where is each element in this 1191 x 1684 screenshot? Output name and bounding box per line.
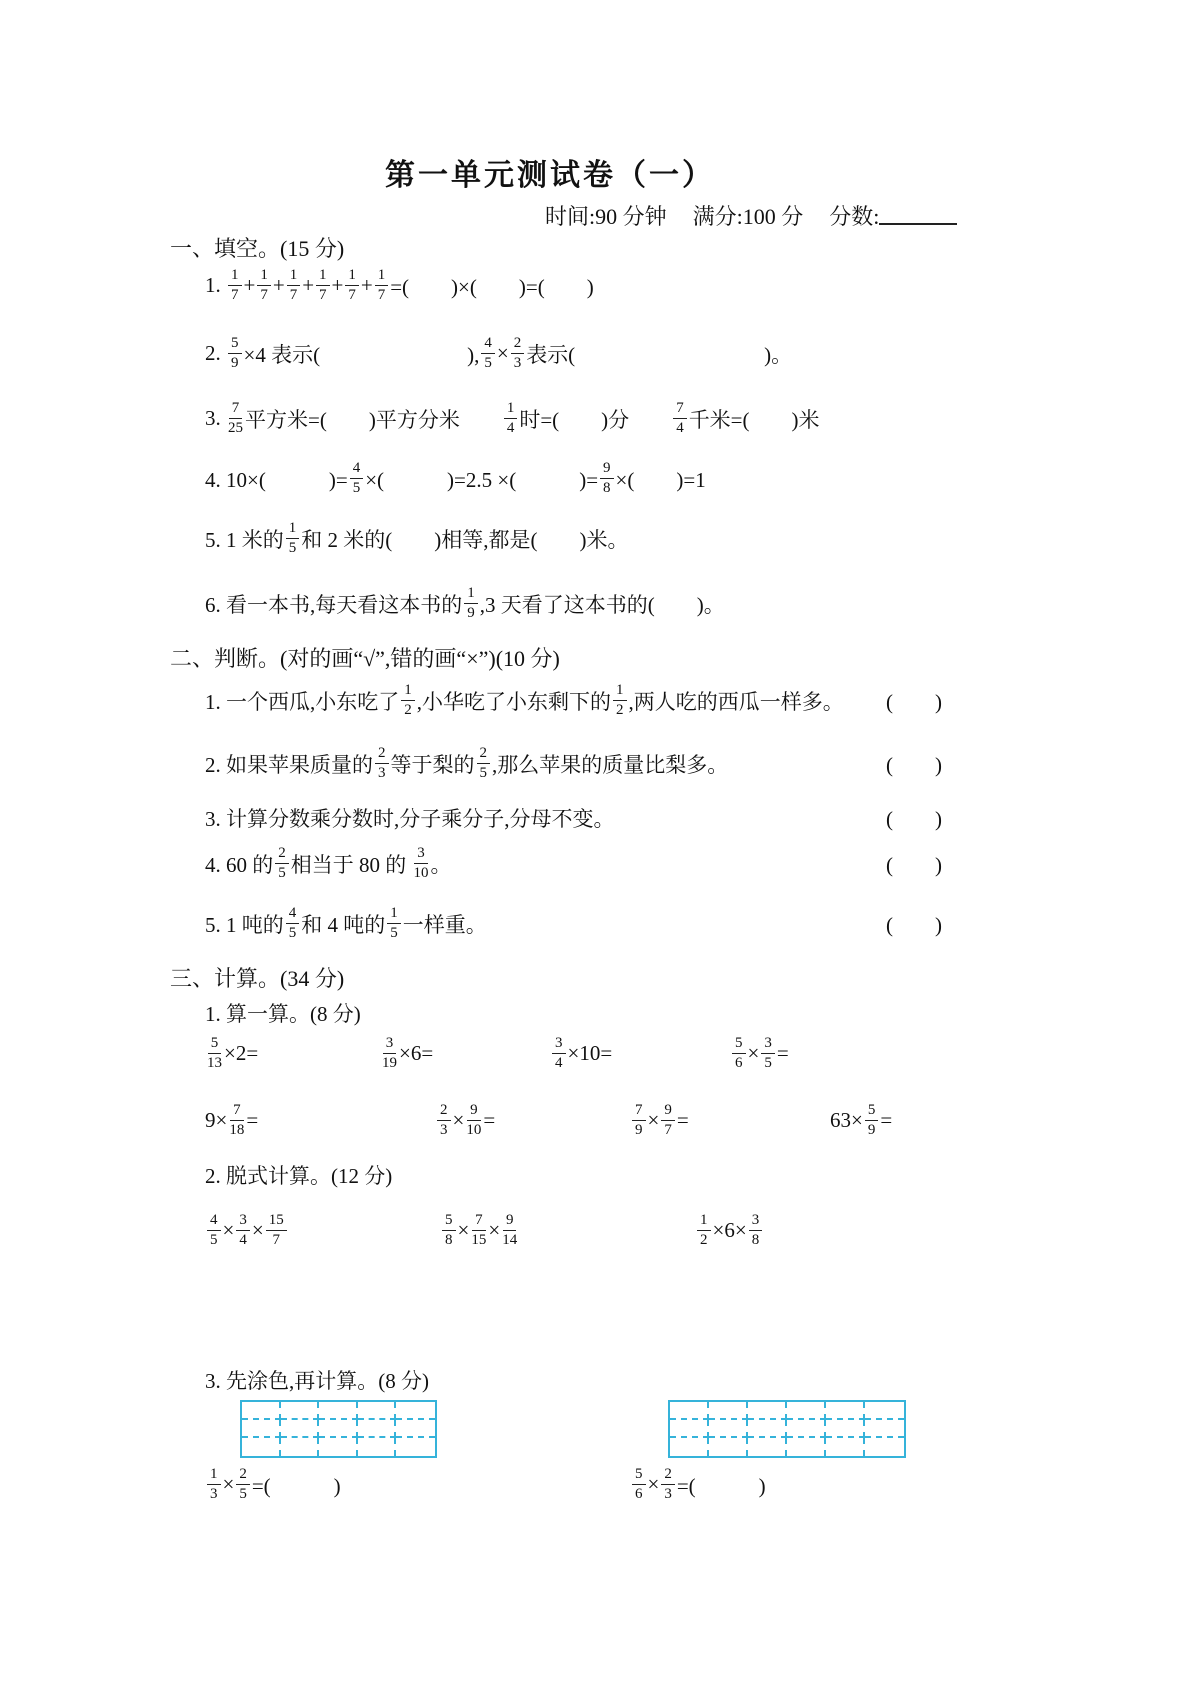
math-text: 6. 看一本书,每天看这本书的 xyxy=(205,589,462,619)
math-text: 3. 计算分数乘分数时,分子乘分子,分母不变。 xyxy=(205,803,615,833)
calc-item: 34×10= xyxy=(550,1035,730,1073)
fraction-numerator: 7 xyxy=(472,1212,486,1231)
math-text: ,两人吃的西瓜一样多。 xyxy=(629,686,844,716)
fraction-denominator: 25 xyxy=(228,419,243,437)
fraction: 98 xyxy=(600,460,614,498)
fraction: 58 xyxy=(442,1212,456,1250)
fraction-numerator: 7 xyxy=(632,1102,646,1121)
grid-cell xyxy=(826,1438,865,1456)
math-text: = xyxy=(483,1108,495,1133)
math-text: + xyxy=(302,273,314,298)
tuoshi-item: 12×6×38 xyxy=(695,1212,764,1250)
math-text: + xyxy=(332,273,344,298)
fraction-denominator: 9 xyxy=(635,1121,643,1139)
fraction-denominator: 9 xyxy=(231,354,239,372)
fraction: 25 xyxy=(236,1466,250,1504)
fill-item-4: 4. 10×( )=45×( )=2.5 ×( )=98×( )=1 xyxy=(205,460,706,498)
fraction: 45 xyxy=(481,335,495,373)
fraction-numerator: 2 xyxy=(511,335,525,354)
fraction-denominator: 5 xyxy=(239,1485,247,1503)
grid-cell xyxy=(787,1402,826,1420)
grid-cell xyxy=(670,1402,709,1420)
fraction: 23 xyxy=(375,745,389,783)
fraction: 17 xyxy=(228,267,242,305)
math-text: 4. 10×( )= xyxy=(205,464,348,494)
calc-sub1-label: 1. 算一算。(8 分) xyxy=(205,998,361,1028)
fraction: 914 xyxy=(502,1212,517,1250)
math-text: × xyxy=(223,1472,235,1497)
fraction: 97 xyxy=(661,1102,675,1140)
fraction-denominator: 5 xyxy=(764,1054,772,1072)
fraction-denominator: 3 xyxy=(514,354,522,372)
fraction: 25 xyxy=(477,745,491,783)
fraction-grid-right xyxy=(668,1400,906,1458)
math-text: 相当于 80 的 xyxy=(291,849,412,879)
grid-cell xyxy=(242,1420,281,1438)
grid-cell xyxy=(709,1420,748,1438)
fraction-numerator: 1 xyxy=(464,585,478,604)
grid-cell xyxy=(358,1438,397,1456)
grid-cell xyxy=(242,1438,281,1456)
fraction-numerator: 5 xyxy=(632,1466,646,1485)
math-text: 9× xyxy=(205,1108,227,1133)
fraction-numerator: 2 xyxy=(275,845,289,864)
grid-cell xyxy=(396,1402,435,1420)
math-text: ,3 天看了这本书的( )。 xyxy=(480,589,725,619)
fraction: 59 xyxy=(865,1102,879,1140)
fraction: 45 xyxy=(350,460,364,498)
fraction: 45 xyxy=(286,905,300,943)
fraction-numerator: 15 xyxy=(266,1212,287,1231)
fraction-numerator: 4 xyxy=(481,335,495,354)
fraction-numerator: 2 xyxy=(236,1466,250,1485)
fraction: 34 xyxy=(236,1212,250,1250)
fraction: 910 xyxy=(466,1102,481,1140)
fraction-numerator: 9 xyxy=(600,460,614,479)
fraction: 19 xyxy=(464,585,478,623)
math-text: 2. xyxy=(205,341,226,366)
grid-cell xyxy=(396,1438,435,1456)
math-text: 63× xyxy=(830,1108,863,1133)
fraction-denominator: 2 xyxy=(700,1231,708,1249)
math-text: = xyxy=(880,1108,892,1133)
math-text: × xyxy=(497,341,509,366)
math-text: 4. 60 的 xyxy=(205,849,273,879)
fraction-denominator: 7 xyxy=(319,286,327,304)
fraction: 56 xyxy=(732,1035,746,1073)
math-text: 。 xyxy=(431,849,452,879)
grid-cell xyxy=(748,1402,787,1420)
fraction-numerator: 1 xyxy=(207,1466,221,1485)
judge-item-text: 1. 一个西瓜,小东吃了12,小华吃了小东剩下的12,两人吃的西瓜一样多。 xyxy=(205,682,844,720)
fraction-numerator: 1 xyxy=(287,267,301,286)
fraction-denominator: 14 xyxy=(502,1231,517,1249)
grid-cell xyxy=(748,1438,787,1456)
fraction-numerator: 2 xyxy=(437,1102,451,1121)
section1-heading: 一、填空。(15 分) xyxy=(170,232,344,263)
grid-cell xyxy=(670,1438,709,1456)
fraction-numerator: 3 xyxy=(383,1035,397,1054)
fraction: 15 xyxy=(387,905,401,943)
math-text: 5. 1 吨的 xyxy=(205,909,284,939)
fraction-numerator: 5 xyxy=(208,1035,222,1054)
calc-sub3-label: 3. 先涂色,再计算。(8 分) xyxy=(205,1365,429,1395)
fraction: 718 xyxy=(229,1102,244,1140)
fraction-numerator: 3 xyxy=(414,845,428,864)
calc-item: 56×35= xyxy=(730,1035,789,1073)
fraction-numerator: 3 xyxy=(552,1035,566,1054)
math-text: 一样重。 xyxy=(403,909,487,939)
fraction-numerator: 1 xyxy=(387,905,401,924)
math-text: ×( )=2.5 ×( )= xyxy=(365,464,598,494)
calc-item: 23×910= xyxy=(435,1102,630,1140)
fraction-denominator: 19 xyxy=(382,1054,397,1072)
fraction-denominator: 5 xyxy=(484,354,492,372)
fraction-numerator: 5 xyxy=(442,1212,456,1231)
fill-item-1: 1. 17+17+17+17+17+17=( )×( )=( ) xyxy=(205,267,594,305)
fraction: 13 xyxy=(207,1466,221,1504)
fraction-denominator: 8 xyxy=(752,1231,760,1249)
math-text: =( ) xyxy=(252,1470,341,1500)
fraction-denominator: 6 xyxy=(735,1054,743,1072)
tuoshi-item: 58×715×914 xyxy=(440,1212,695,1250)
fraction: 513 xyxy=(207,1035,222,1073)
answer-paren: ( ) xyxy=(886,686,942,716)
fraction-denominator: 5 xyxy=(353,479,361,497)
grid-cell xyxy=(787,1438,826,1456)
calc-row-2: 9×718= 23×910= 79×97= 63×59= xyxy=(205,1102,892,1140)
fraction: 17 xyxy=(287,267,301,305)
judge-item-2: 2. 如果苹果质量的23等于梨的25,那么苹果的质量比梨多。 ( ) xyxy=(205,745,942,783)
exam-time: 时间:90 分钟 xyxy=(545,204,667,229)
fraction-numerator: 5 xyxy=(865,1102,879,1121)
math-text: × xyxy=(458,1218,470,1243)
math-text: 表示( )。 xyxy=(526,339,792,369)
fraction-grid-left xyxy=(240,1400,437,1458)
judge-item-text: 5. 1 吨的45和 4 吨的15一样重。 xyxy=(205,905,487,943)
math-text: 和 2 米的( )相等,都是( )米。 xyxy=(301,524,628,554)
fraction-denominator: 7 xyxy=(290,286,298,304)
fraction-denominator: 5 xyxy=(278,864,286,882)
fraction-denominator: 9 xyxy=(868,1121,876,1139)
fraction-denominator: 4 xyxy=(239,1231,247,1249)
math-text: 2. 如果苹果质量的 xyxy=(205,749,373,779)
fill-item-5: 5. 1 米的15和 2 米的( )相等,都是( )米。 xyxy=(205,520,628,558)
fraction-denominator: 18 xyxy=(229,1121,244,1139)
grid-cell xyxy=(281,1402,320,1420)
fraction: 25 xyxy=(275,845,289,883)
math-text: ,小华吃了小东剩下的 xyxy=(417,686,611,716)
fraction-numerator: 7 xyxy=(229,400,243,419)
fraction-denominator: 7 xyxy=(260,286,268,304)
calc-row-1: 513×2= 319×6= 34×10= 56×35= xyxy=(205,1035,789,1073)
section2-heading: 二、判断。(对的画“√”,错的画“×”)(10 分) xyxy=(170,642,560,673)
fraction-denominator: 2 xyxy=(404,701,412,719)
fraction: 12 xyxy=(401,682,415,720)
fraction-denominator: 10 xyxy=(414,864,429,882)
fraction: 23 xyxy=(511,335,525,373)
fraction: 715 xyxy=(471,1212,486,1250)
math-text: + xyxy=(273,273,285,298)
grid-cell xyxy=(865,1438,904,1456)
exam-info: 时间:90 分钟满分:100 分分数: xyxy=(545,200,983,231)
math-text: 1. 一个西瓜,小东吃了 xyxy=(205,686,399,716)
math-text: ×( )=1 xyxy=(616,464,706,494)
color-calc-eq-right: 56×23=( ) xyxy=(630,1466,766,1504)
fraction-numerator: 2 xyxy=(477,745,491,764)
fraction-denominator: 4 xyxy=(676,419,684,437)
math-text: + xyxy=(244,273,256,298)
fraction-numerator: 1 xyxy=(697,1212,711,1231)
fraction-numerator: 2 xyxy=(375,745,389,764)
fraction-numerator: 1 xyxy=(286,520,300,539)
fraction-denominator: 2 xyxy=(616,701,624,719)
fraction-denominator: 7 xyxy=(272,1231,280,1249)
fraction-denominator: 4 xyxy=(507,419,515,437)
exam-full-score: 满分:100 分 xyxy=(693,204,804,229)
fill-item-2: 2. 59×4 表示( ),45×23表示( )。 xyxy=(205,335,792,373)
fraction-denominator: 3 xyxy=(440,1121,448,1139)
fraction-numerator: 4 xyxy=(207,1212,221,1231)
fraction: 725 xyxy=(228,400,243,438)
fraction: 15 xyxy=(286,520,300,558)
fraction-denominator: 8 xyxy=(603,479,611,497)
fraction-denominator: 5 xyxy=(289,539,297,557)
grid-cell xyxy=(865,1420,904,1438)
fraction-denominator: 5 xyxy=(390,924,398,942)
grid-cell xyxy=(358,1402,397,1420)
math-text: 等于梨的 xyxy=(391,749,475,779)
fraction-denominator: 6 xyxy=(635,1485,643,1503)
fraction-denominator: 5 xyxy=(480,764,488,782)
math-text: 时=( )分 xyxy=(519,404,671,434)
math-text: × xyxy=(223,1218,235,1243)
fraction: 14 xyxy=(504,400,518,438)
math-text: ,那么苹果的质量比梨多。 xyxy=(492,749,728,779)
fraction-denominator: 15 xyxy=(471,1231,486,1249)
grid-cell xyxy=(242,1402,281,1420)
judge-item-text: 4. 60 的25相当于 80 的 310。 xyxy=(205,845,452,883)
fraction: 12 xyxy=(613,682,627,720)
grid-cell xyxy=(396,1420,435,1438)
grid-cell xyxy=(748,1420,787,1438)
judge-item-4: 4. 60 的25相当于 80 的 310。 ( ) xyxy=(205,845,942,883)
grid-cell xyxy=(319,1402,358,1420)
calc-item: 79×97= xyxy=(630,1102,830,1140)
fraction-denominator: 13 xyxy=(207,1054,222,1072)
answer-paren: ( ) xyxy=(886,749,942,779)
color-calc-eq-left: 13×25=( ) xyxy=(205,1466,341,1504)
grid-cell xyxy=(709,1438,748,1456)
grid-cell xyxy=(319,1420,358,1438)
fraction: 157 xyxy=(266,1212,287,1250)
fraction-numerator: 9 xyxy=(503,1212,517,1231)
grid-cell xyxy=(826,1420,865,1438)
math-text: 3. xyxy=(205,406,226,431)
fraction: 35 xyxy=(761,1035,775,1073)
fraction: 74 xyxy=(673,400,687,438)
fraction: 310 xyxy=(414,845,429,883)
fraction: 17 xyxy=(375,267,389,305)
fraction-numerator: 3 xyxy=(761,1035,775,1054)
fraction: 79 xyxy=(632,1102,646,1140)
tuoshi-row: 45×34×157 58×715×914 12×6×38 xyxy=(205,1212,764,1250)
fraction-denominator: 9 xyxy=(467,604,475,622)
math-text: = xyxy=(677,1108,689,1133)
fraction-denominator: 3 xyxy=(664,1485,672,1503)
fraction: 12 xyxy=(697,1212,711,1250)
math-text: = xyxy=(246,1108,258,1133)
grid-cell xyxy=(281,1438,320,1456)
judge-item-3: 3. 计算分数乘分数时,分子乘分子,分母不变。 ( ) xyxy=(205,803,942,833)
fraction-denominator: 8 xyxy=(445,1231,453,1249)
page-title: 第一单元测试卷（一） xyxy=(0,150,1100,194)
fraction-numerator: 7 xyxy=(673,400,687,419)
fraction-numerator: 1 xyxy=(257,267,271,286)
calc-item: 9×718= xyxy=(205,1102,435,1140)
fraction-denominator: 3 xyxy=(210,1485,218,1503)
fraction-denominator: 7 xyxy=(231,286,239,304)
judge-item-text: 3. 计算分数乘分数时,分子乘分子,分母不变。 xyxy=(205,803,615,833)
grid-cell xyxy=(865,1402,904,1420)
grid-cell xyxy=(709,1402,748,1420)
fraction-numerator: 1 xyxy=(401,682,415,701)
fraction-numerator: 1 xyxy=(345,267,359,286)
test-paper-page: 第一单元测试卷（一） 时间:90 分钟满分:100 分分数: 一、填空。(15 … xyxy=(0,0,1191,1684)
math-text: ×2= xyxy=(224,1041,258,1066)
grid-cell xyxy=(281,1420,320,1438)
fraction-denominator: 4 xyxy=(555,1054,563,1072)
fraction: 38 xyxy=(749,1212,763,1250)
math-text: ×6= xyxy=(399,1041,433,1066)
fraction: 34 xyxy=(552,1035,566,1073)
fraction-numerator: 3 xyxy=(749,1212,763,1231)
fraction-denominator: 5 xyxy=(289,924,297,942)
math-text: × xyxy=(748,1041,760,1066)
fraction-numerator: 7 xyxy=(230,1102,244,1121)
math-text: × xyxy=(648,1472,660,1497)
fraction: 17 xyxy=(345,267,359,305)
math-text: ×6× xyxy=(713,1218,747,1243)
fraction-numerator: 2 xyxy=(661,1466,675,1485)
math-text: × xyxy=(453,1108,465,1133)
fraction-numerator: 1 xyxy=(228,267,242,286)
fraction-denominator: 7 xyxy=(348,286,356,304)
fraction-numerator: 3 xyxy=(236,1212,250,1231)
math-text: 5. 1 米的 xyxy=(205,524,284,554)
math-text: × xyxy=(648,1108,660,1133)
answer-paren: ( ) xyxy=(886,849,942,879)
fraction: 45 xyxy=(207,1212,221,1250)
grid-cell xyxy=(787,1420,826,1438)
fraction: 319 xyxy=(382,1035,397,1073)
fraction-numerator: 1 xyxy=(375,267,389,286)
math-text: =( ) xyxy=(677,1470,766,1500)
fraction-numerator: 4 xyxy=(286,905,300,924)
fraction-numerator: 1 xyxy=(504,400,518,419)
fraction: 56 xyxy=(632,1466,646,1504)
math-text: =( )×( )=( ) xyxy=(390,271,594,301)
grid-cell xyxy=(670,1420,709,1438)
math-text: × xyxy=(488,1218,500,1243)
answer-paren: ( ) xyxy=(886,803,942,833)
fraction-numerator: 1 xyxy=(316,267,330,286)
fraction: 59 xyxy=(228,335,242,373)
fraction-denominator: 3 xyxy=(378,764,386,782)
math-text: ×4 表示( ), xyxy=(244,339,480,369)
fraction: 17 xyxy=(257,267,271,305)
fraction-numerator: 1 xyxy=(613,682,627,701)
math-text: + xyxy=(361,273,373,298)
fraction-denominator: 7 xyxy=(664,1121,672,1139)
math-text: × xyxy=(252,1218,264,1243)
fraction-numerator: 4 xyxy=(350,460,364,479)
calc-item: 319×6= xyxy=(380,1035,550,1073)
calc-item: 513×2= xyxy=(205,1035,380,1073)
math-text: 平方米=( )平方分米 xyxy=(245,404,502,434)
grid-cell xyxy=(826,1402,865,1420)
grid-cell xyxy=(319,1438,358,1456)
fraction: 23 xyxy=(437,1102,451,1140)
fraction-numerator: 5 xyxy=(228,335,242,354)
fraction-numerator: 9 xyxy=(467,1102,481,1121)
math-text: = xyxy=(777,1041,789,1066)
fraction: 23 xyxy=(661,1466,675,1504)
judge-item-text: 2. 如果苹果质量的23等于梨的25,那么苹果的质量比梨多。 xyxy=(205,745,728,783)
math-text: ×10= xyxy=(568,1041,613,1066)
judge-item-1: 1. 一个西瓜,小东吃了12,小华吃了小东剩下的12,两人吃的西瓜一样多。 ( … xyxy=(205,682,942,720)
fraction-numerator: 5 xyxy=(732,1035,746,1054)
score-label: 分数: xyxy=(829,204,879,229)
fraction-numerator: 9 xyxy=(661,1102,675,1121)
calc-item: 63×59= xyxy=(830,1102,892,1140)
math-text: 1. xyxy=(205,273,226,298)
math-text: 千米=( )米 xyxy=(689,404,820,434)
fraction-denominator: 5 xyxy=(210,1231,218,1249)
math-text: 和 4 吨的 xyxy=(301,909,385,939)
score-blank-line xyxy=(879,218,957,225)
calc-sub2-label: 2. 脱式计算。(12 分) xyxy=(205,1160,392,1190)
fill-item-6: 6. 看一本书,每天看这本书的19,3 天看了这本书的( )。 xyxy=(205,585,725,623)
fill-item-3: 3. 725平方米=( )平方分米 14时=( )分 74千米=( )米 xyxy=(205,400,820,438)
fraction-denominator: 10 xyxy=(466,1121,481,1139)
grid-cell xyxy=(358,1420,397,1438)
section3-heading: 三、计算。(34 分) xyxy=(170,962,344,993)
tuoshi-item: 45×34×157 xyxy=(205,1212,440,1250)
answer-paren: ( ) xyxy=(886,909,942,939)
fraction-denominator: 7 xyxy=(378,286,386,304)
judge-item-5: 5. 1 吨的45和 4 吨的15一样重。 ( ) xyxy=(205,905,942,943)
fraction: 17 xyxy=(316,267,330,305)
